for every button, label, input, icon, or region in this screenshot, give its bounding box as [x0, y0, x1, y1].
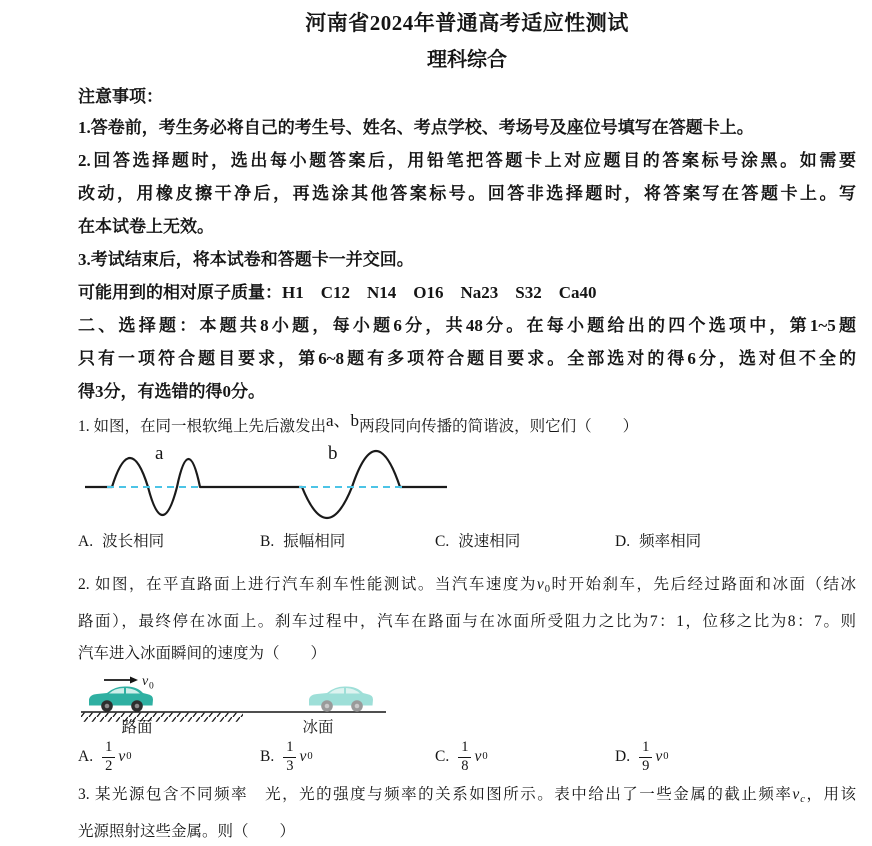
option-1d: D. 频率相同 [615, 529, 701, 555]
option-1c-letter: C. [435, 529, 449, 555]
road-surface-label: 路面 [121, 718, 152, 736]
question-3-line-1-after: ，用该 [805, 786, 856, 803]
question-3-line-1-before: 3. 某光源包含不同频率 光，光的强度与频率的关系如图所示。表中给出了一些金属的… [78, 786, 792, 803]
diagram-v0-label: v [142, 674, 149, 689]
question-2-line-2: 路面），最终停在冰面上。刹车过程中，汽车在路面与在冰面所受阻力之比为7：1，位移… [78, 606, 856, 638]
option-2d-v: v [655, 744, 662, 770]
question-2-text: 2. 如图，在平直路面上进行汽车刹车性能测试。当汽车速度为v0时开始刹车，先后经… [78, 569, 856, 670]
option-2b-letter: B. [260, 744, 274, 770]
question-3-line-1: 3. 某光源包含不同频率 光，光的强度与频率的关系如图所示。表中给出了一些金属的… [78, 779, 856, 816]
car-on-ice-icon [309, 686, 373, 711]
option-2a-numerator: 1 [102, 740, 115, 758]
option-2b-v-sub: 0 [307, 744, 312, 770]
option-2c-v-sub: 0 [482, 744, 487, 770]
page-title: 河南省2024年普通高考适应性测试 [78, 10, 856, 36]
question-2-options: A. 1 2 v0 B. 1 3 v0 C. 1 8 v0 D. [78, 740, 856, 775]
velocity-symbol: v [537, 576, 544, 593]
option-1b-letter: B. [260, 529, 274, 555]
option-2a-v-sub: 0 [126, 744, 131, 770]
option-2b-numerator: 1 [283, 740, 296, 758]
section-heading-line-2: 只有一项符合题目要求，第6~8题有多项符合题目要求。全部选对的得6分，选对但不全… [78, 342, 856, 375]
question-1-text-after: 两段同向传播的简谐波，则它们（ ） [359, 418, 638, 435]
atomic-mass-line: 可能用到的相对原子质量：H1 C12 N14 O16 Na23 S32 Ca40 [78, 276, 856, 309]
section-heading: 二、选择题：本题共8小题，每小题6分，共48分。在每小题给出的四个选项中，第1~… [78, 309, 856, 408]
option-2a-letter: A. [78, 744, 93, 770]
cutoff-frequency-symbol: v [792, 786, 799, 803]
option-1c-text: 波速相同 [458, 529, 520, 555]
option-2a-denominator: 2 [102, 758, 115, 775]
notice-item-3: 3.考试结束后，将本试卷和答题卡一并交回。 [78, 243, 856, 276]
option-2d-v-sub: 0 [663, 744, 668, 770]
road-hatching [81, 713, 243, 722]
option-2b-denominator: 3 [283, 758, 296, 775]
option-2b: B. 1 3 v0 [260, 740, 435, 775]
option-2c: C. 1 8 v0 [435, 740, 615, 775]
option-2a: A. 1 2 v0 [78, 740, 260, 775]
option-2d-numerator: 1 [639, 740, 652, 758]
option-1a-text: 波长相同 [102, 529, 164, 555]
section-heading-line-1: 二、选择题：本题共8小题，每小题6分，共48分。在每小题给出的四个选项中，第1~… [78, 309, 856, 342]
option-2a-v: v [118, 744, 125, 770]
option-1b-text: 振幅相同 [283, 529, 345, 555]
option-2b-fraction: 1 3 [283, 740, 296, 775]
car-on-road-icon [89, 686, 153, 711]
option-2d-denominator: 9 [639, 758, 652, 775]
option-1d-letter: D. [615, 529, 630, 555]
wave-diagram: a b [85, 441, 451, 537]
exam-paper: 河南省2024年普通高考适应性测试 理科综合 注意事项： 1.答卷前，考生务必将… [0, 0, 872, 846]
question-1-wave-labels: a、b [326, 411, 359, 430]
question-1-text-before: 1. 如图，在同一根软绳上先后激发出 [78, 418, 326, 435]
notice-item-1: 1.答卷前，考生务必将自己的考生号、姓名、考点学校、考场号及座位号填写在答题卡上… [78, 111, 856, 144]
question-3-line-2: 光源照射这些金属。则（ ） [78, 816, 856, 846]
question-1-text: 1. 如图，在同一根软绳上先后激发出a、b两段同向传播的简谐波，则它们（ ） [78, 412, 856, 441]
rope-wave-curve [85, 451, 447, 518]
option-2d-fraction: 1 9 [639, 740, 652, 775]
section-heading-line-3: 得3分，有选错的得0分。 [78, 375, 856, 408]
car-brake-diagram: v 0 路面 冰面 [80, 672, 400, 736]
option-2d: D. 1 9 v0 [615, 740, 668, 775]
diagram-v0-sub: 0 [149, 681, 154, 691]
question-2-line-3: 汽车进入冰面瞬间的速度为（ ） [78, 638, 856, 670]
option-2a-fraction: 1 2 [102, 740, 115, 775]
option-2d-letter: D. [615, 744, 630, 770]
notice-item-2-line-2: 改动，用橡皮擦干净后，再选涂其他答案标号。回答非选择题时，将答案写在答题卡上。写 [78, 177, 856, 210]
option-1c: C. 波速相同 [435, 529, 615, 555]
ice-surface-label: 冰面 [302, 718, 333, 736]
option-2c-numerator: 1 [458, 740, 471, 758]
option-1b: B. 振幅相同 [260, 529, 435, 555]
notice-item-2: 2.回答选择题时，选出每小题答案后，用铅笔把答题卡上对应题目的答案标号涂黑。如需… [78, 144, 856, 243]
option-1d-text: 频率相同 [639, 529, 701, 555]
wave-a-label: a [155, 443, 164, 464]
notice-item-2-line-3: 在本试卷上无效。 [78, 210, 856, 243]
option-2b-v: v [299, 744, 306, 770]
question-3-text: 3. 某光源包含不同频率 光，光的强度与频率的关系如图所示。表中给出了一些金属的… [78, 779, 856, 846]
notice-item-2-line-1: 2.回答选择题时，选出每小题答案后，用铅笔把答题卡上对应题目的答案标号涂黑。如需… [78, 144, 856, 177]
question-2-line-1: 2. 如图，在平直路面上进行汽车刹车性能测试。当汽车速度为v0时开始刹车，先后经… [78, 569, 856, 606]
option-2c-fraction: 1 8 [458, 740, 471, 775]
option-2c-letter: C. [435, 744, 449, 770]
option-2c-denominator: 8 [458, 758, 471, 775]
notice-heading: 注意事项： [78, 83, 856, 111]
wave-b-label: b [328, 443, 338, 464]
option-1a-letter: A. [78, 529, 93, 555]
question-2-line-1-after: 时开始刹车，先后经过路面和冰面（结冰 [550, 576, 856, 593]
question-1-options: A. 波长相同 B. 振幅相同 C. 波速相同 D. 频率相同 [78, 529, 856, 555]
option-2c-v: v [474, 744, 481, 770]
option-1a: A. 波长相同 [78, 529, 260, 555]
page-subtitle: 理科综合 [78, 48, 856, 73]
question-2-line-1-before: 2. 如图，在平直路面上进行汽车刹车性能测试。当汽车速度为 [78, 576, 537, 593]
